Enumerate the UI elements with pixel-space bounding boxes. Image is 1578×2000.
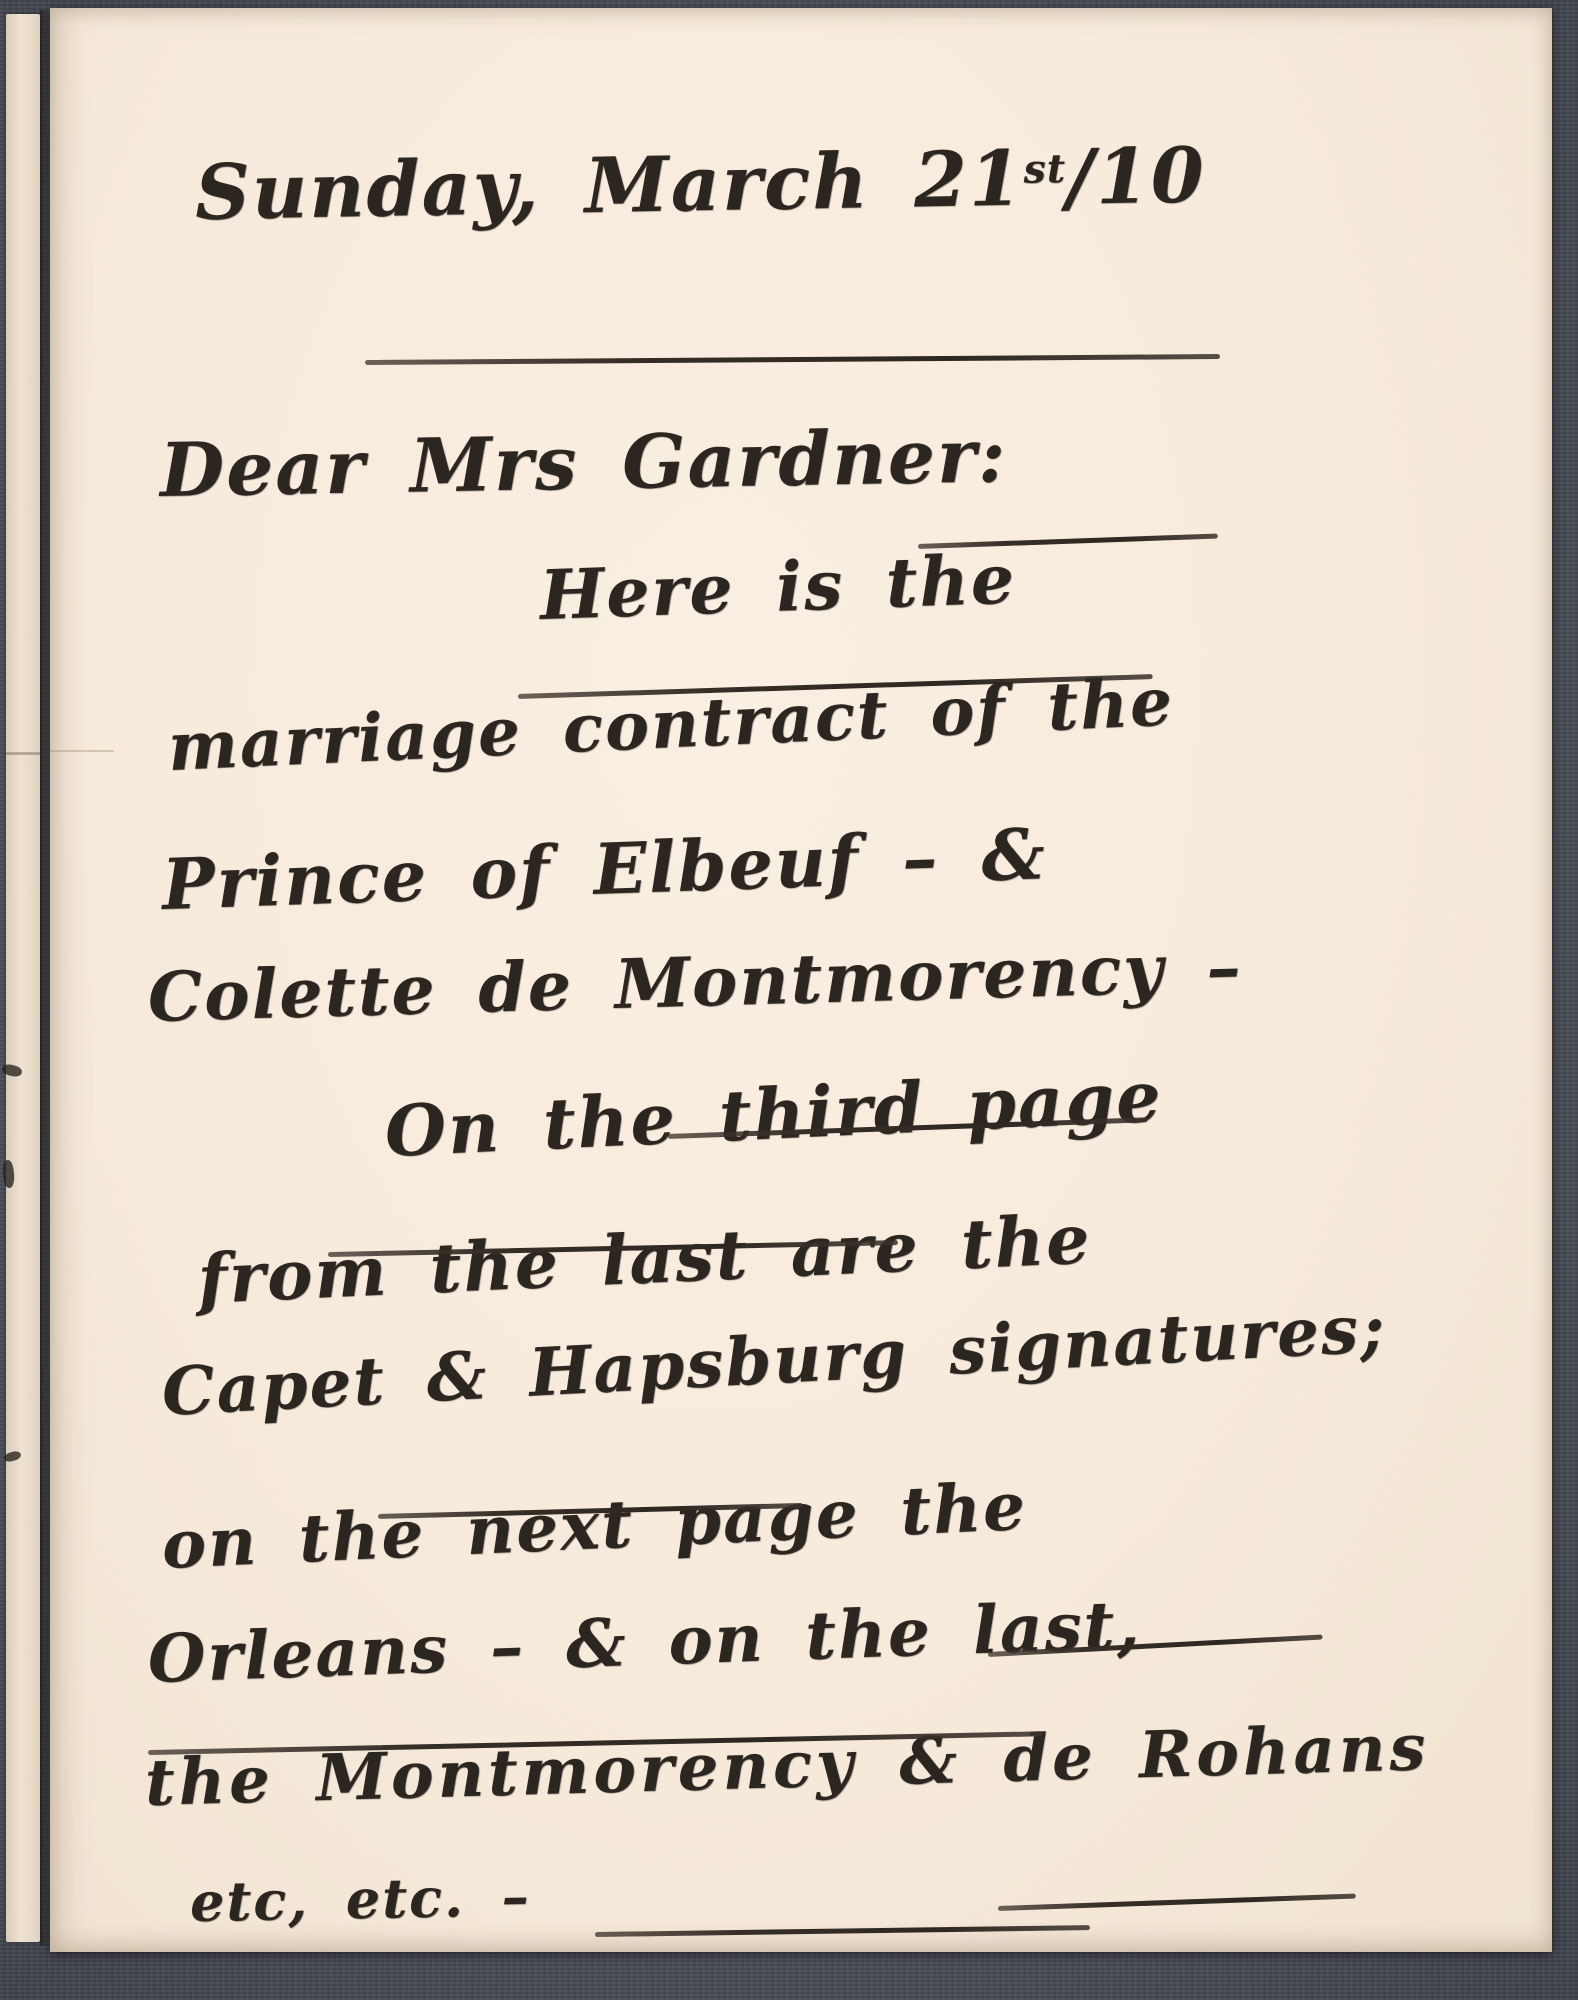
handwritten-line: the Montmorency & de Rohans: [144, 1710, 1430, 1821]
adjacent-page-edge: [6, 14, 40, 1942]
pen-stroke: [998, 1894, 1356, 1911]
handwritten-line: on the next page the: [160, 1467, 1028, 1584]
handwritten-line: On the third page: [383, 1055, 1164, 1173]
handwritten-line: from the last are the: [196, 1199, 1093, 1319]
ink-smudge: [1, 1063, 23, 1078]
ink-smudge: [3, 1450, 22, 1463]
handwritten-line: marriage contract of the: [166, 662, 1175, 786]
photo-background: Sunday, March 21st/10 Dear Mrs Gardner: …: [0, 0, 1578, 2000]
date-text: Sunday, March 21: [194, 134, 1024, 237]
handwritten-line: etc, etc. –: [189, 1864, 531, 1934]
ink-smudge: [2, 1160, 15, 1189]
pen-stroke-date-underline: [365, 354, 1220, 365]
letter-paper: Sunday, March 21st/10 Dear Mrs Gardner: …: [50, 8, 1552, 1952]
handwritten-line: Orleans – & on the last,: [147, 1585, 1143, 1698]
date-suffix: /10: [1065, 130, 1206, 221]
handwritten-line: Here is the: [539, 539, 1018, 636]
letter-dateline: Sunday, March 21st/10: [194, 130, 1206, 237]
pen-stroke-closing-rule: [595, 1925, 1090, 1937]
fold-crease: [6, 752, 40, 755]
fold-crease: [50, 750, 114, 752]
date-superscript: st: [1023, 146, 1066, 193]
letter-salutation: Dear Mrs Gardner:: [159, 413, 1008, 514]
handwritten-line: Colette de Montmorency –: [147, 927, 1244, 1038]
handwritten-line: Prince of Elbeuf – &: [161, 812, 1048, 926]
